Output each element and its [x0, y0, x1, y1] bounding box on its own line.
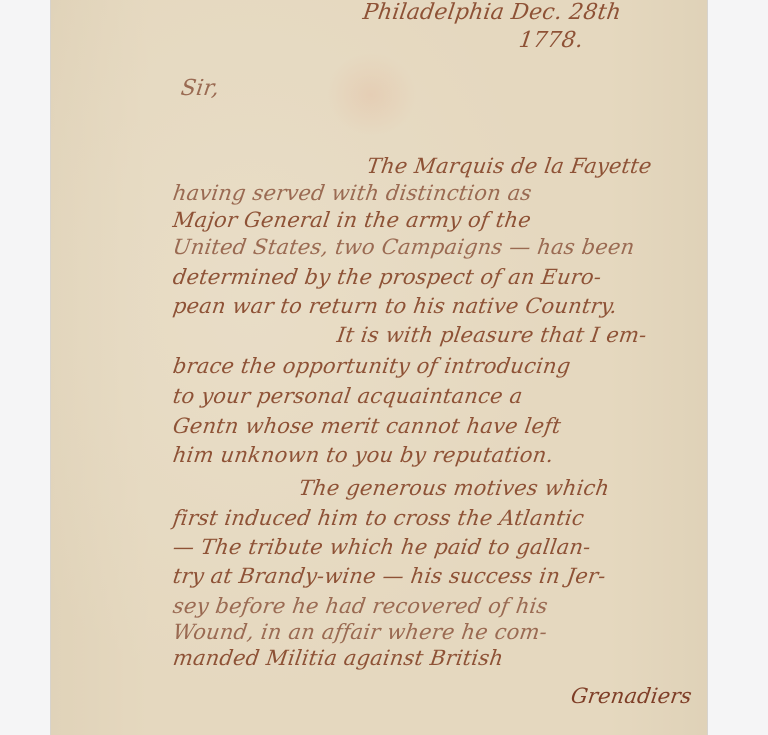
body-line: having served with distinction as: [172, 183, 533, 204]
catchword: Grenadiers: [570, 686, 694, 707]
body-line: sey before he had recovered of his: [172, 596, 550, 617]
body-line: first induced him to cross the Atlantic: [172, 508, 586, 529]
body-line: — The tribute which he paid to gallan-: [172, 537, 592, 558]
body-line: pean war to return to his native Country…: [172, 296, 619, 317]
body-line: determined by the prospect of an Euro-: [172, 267, 603, 288]
body-line: The Marquis de la Fayette: [366, 156, 654, 177]
body-line: Wound, in an affair where he com-: [172, 622, 549, 643]
body-line: The generous motives which: [298, 478, 611, 499]
body-line: try at Brandy-wine — his success in Jer-: [172, 566, 608, 587]
body-line: It is with pleasure that I em-: [336, 325, 648, 346]
body-line: United States, two Campaigns — has been: [172, 237, 636, 258]
body-line: him unknown to you by reputation.: [172, 445, 555, 466]
body-line: to your personal acquaintance a: [172, 386, 524, 407]
dateline-place-date: Philadelphia Dec. 28th: [361, 2, 622, 24]
letter-page: Philadelphia Dec. 28th 1778. Sir, The Ma…: [51, 0, 707, 735]
body-line: manded Militia against British: [172, 648, 505, 669]
body-line: brace the opportunity of introducing: [172, 356, 572, 377]
salutation: Sir,: [179, 78, 220, 100]
dateline-year: 1778.: [517, 30, 584, 52]
body-line: Major General in the army of the: [172, 210, 533, 231]
body-line: Gentn whose merit cannot have left: [172, 416, 563, 437]
